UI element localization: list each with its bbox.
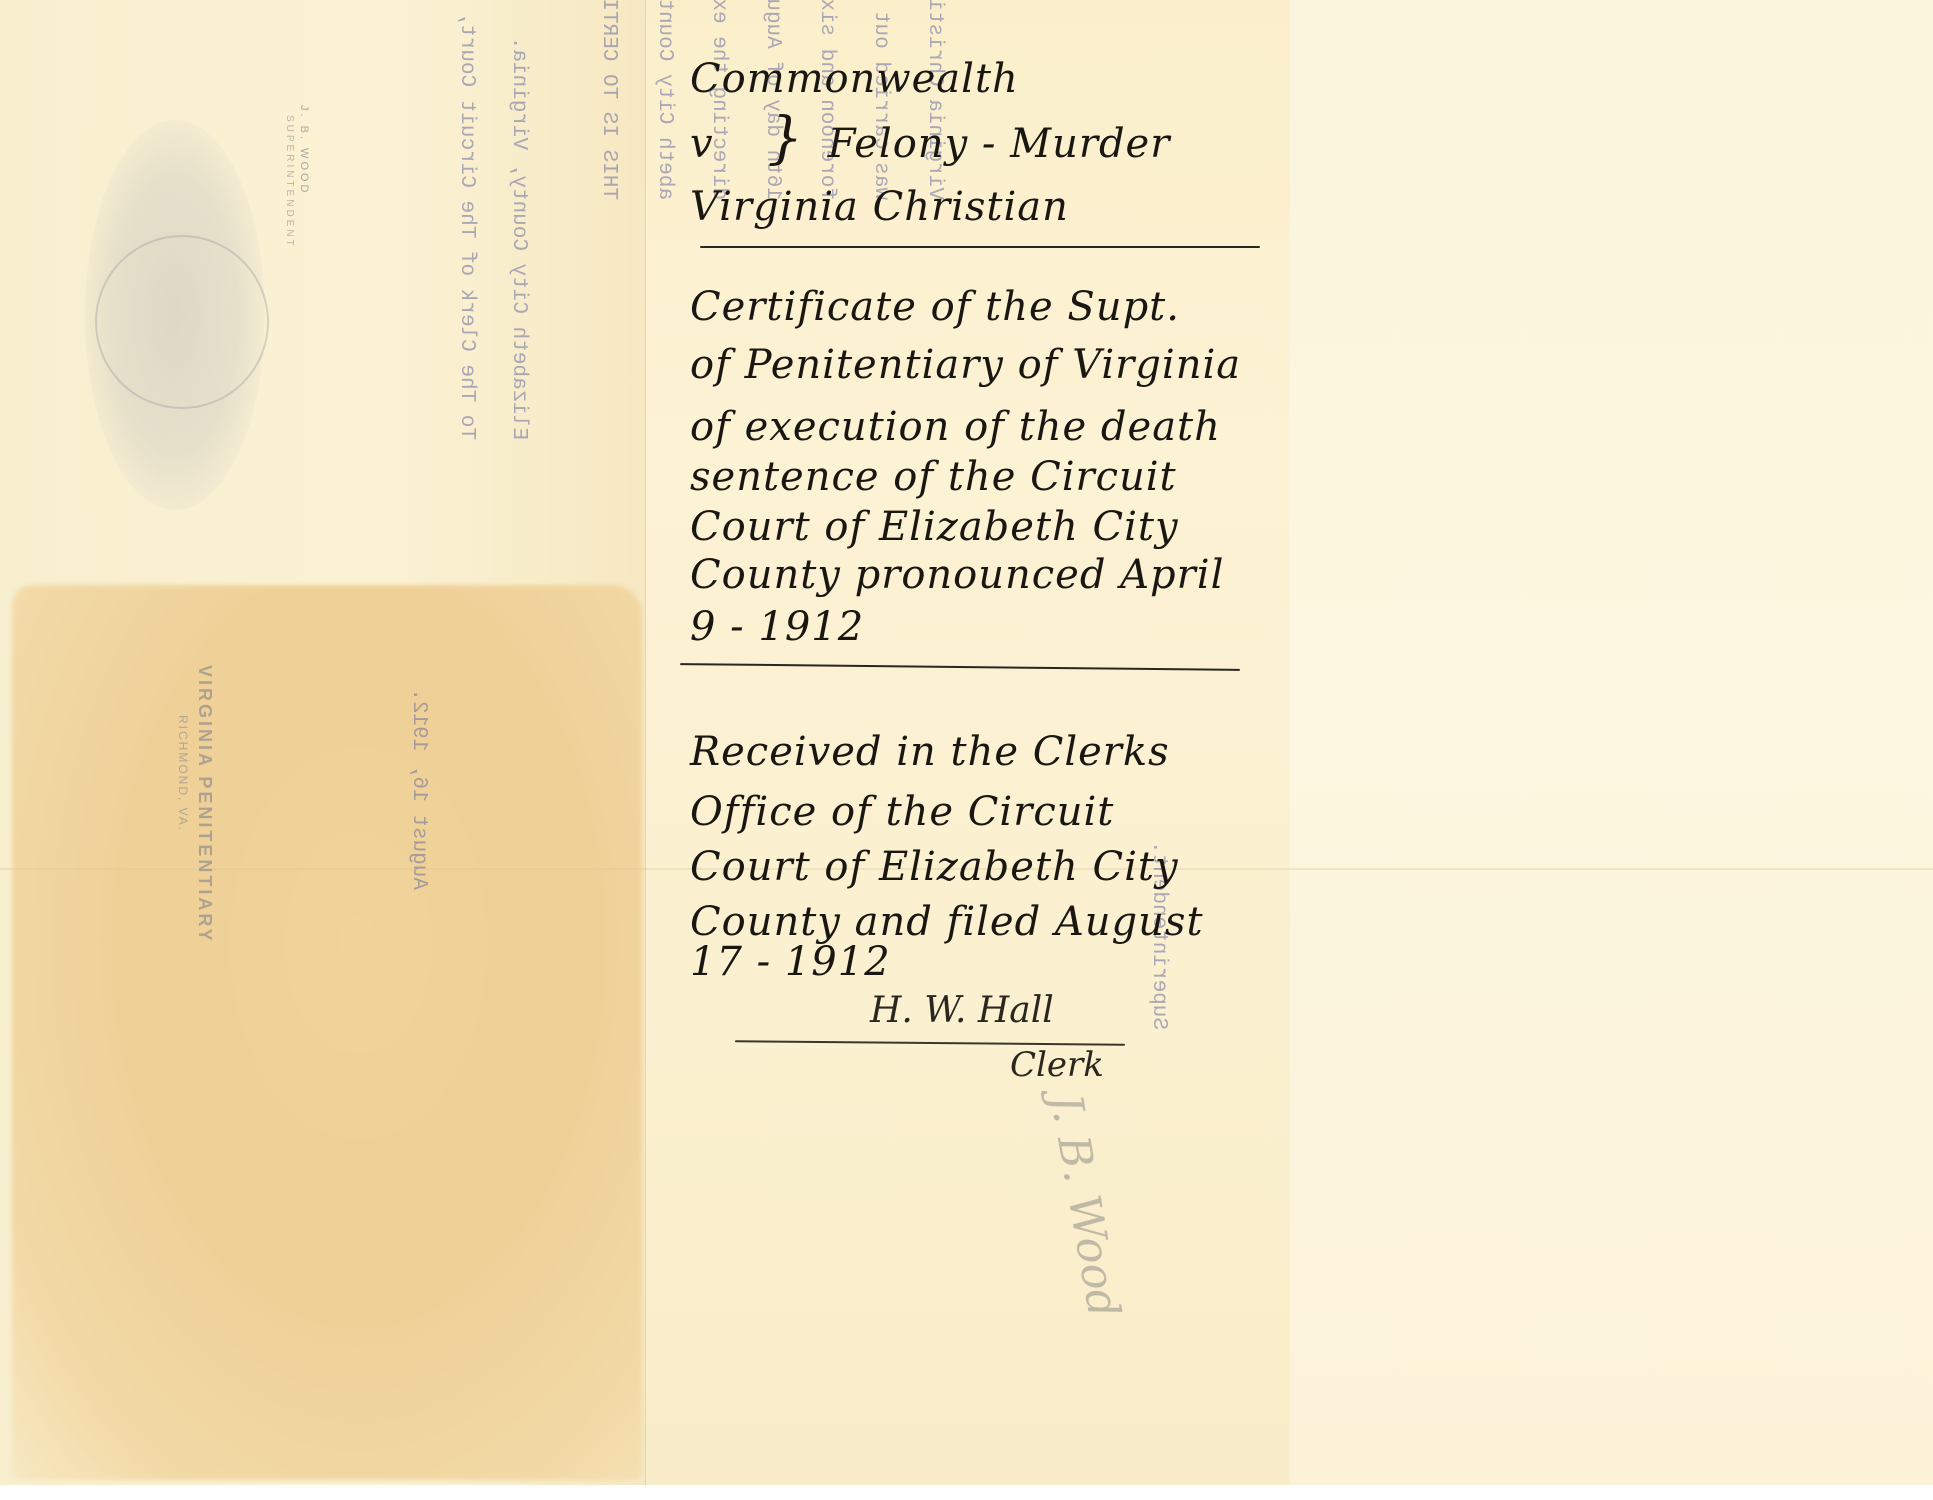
case-title-commonwealth: Commonwealth: [690, 52, 1019, 106]
typed-line-2: abeth City County, State of Virginia dat…: [653, 0, 676, 200]
clerk-title: Clerk: [1010, 1045, 1104, 1085]
typed-line-1: THIS IS TO CERTIFY, that the order of th…: [597, 0, 620, 200]
certificate-line-1: Certificate of the Supt.: [690, 280, 1180, 334]
recorded-line-1: Received in the Clerks: [690, 725, 1170, 779]
right-fold-panel: [1290, 0, 1933, 1485]
recorded-line-5: 17 - 1912: [690, 935, 891, 989]
certificate-line-5: Court of Elizabeth City: [690, 500, 1179, 554]
letterhead-superintendent-title: SUPERINTENDENT: [284, 115, 295, 249]
certificate-line-6: County pronounced April: [690, 548, 1224, 602]
letterhead-superintendent-name: J. B. WOOD: [298, 105, 310, 196]
case-defendant: Virginia Christian: [690, 180, 1069, 234]
seal-ring-icon: [95, 235, 269, 409]
case-title-charge-line: v } Felony - Murder: [690, 112, 1170, 171]
recorded-line-3: Court of Elizabeth City: [690, 840, 1179, 894]
clerk-signature: H. W. Hall: [870, 990, 1054, 1031]
water-stain: [12, 585, 642, 1480]
certificate-line-7: 9 - 1912: [690, 600, 864, 654]
typed-county: Elizabeth City County, Virginia.: [507, 37, 530, 440]
recorded-line-2: Office of the Circuit: [690, 785, 1114, 839]
letterhead-organization: VIRGINIA PENITENTIARY: [194, 665, 215, 944]
case-charge: Felony - Murder: [828, 121, 1171, 167]
certificate-line-4: sentence of the Circuit: [690, 450, 1177, 504]
certificate-line-3: of execution of the death: [690, 400, 1221, 454]
brace-icon: }: [767, 106, 804, 171]
divider-1: [700, 246, 1260, 248]
typed-date: August 16, 1912.: [407, 688, 430, 890]
certificate-line-2: of Penitentiary of Virginia: [690, 338, 1241, 392]
case-versus: v: [690, 121, 714, 167]
document-sheet: J. B. WOOD SUPERINTENDENT VIRGINIA PENIT…: [0, 0, 1933, 1485]
letterhead-city: RICHMOND, VA.: [176, 715, 190, 832]
typed-salutation: To The Clerk of The Circuit Court,: [455, 12, 478, 440]
